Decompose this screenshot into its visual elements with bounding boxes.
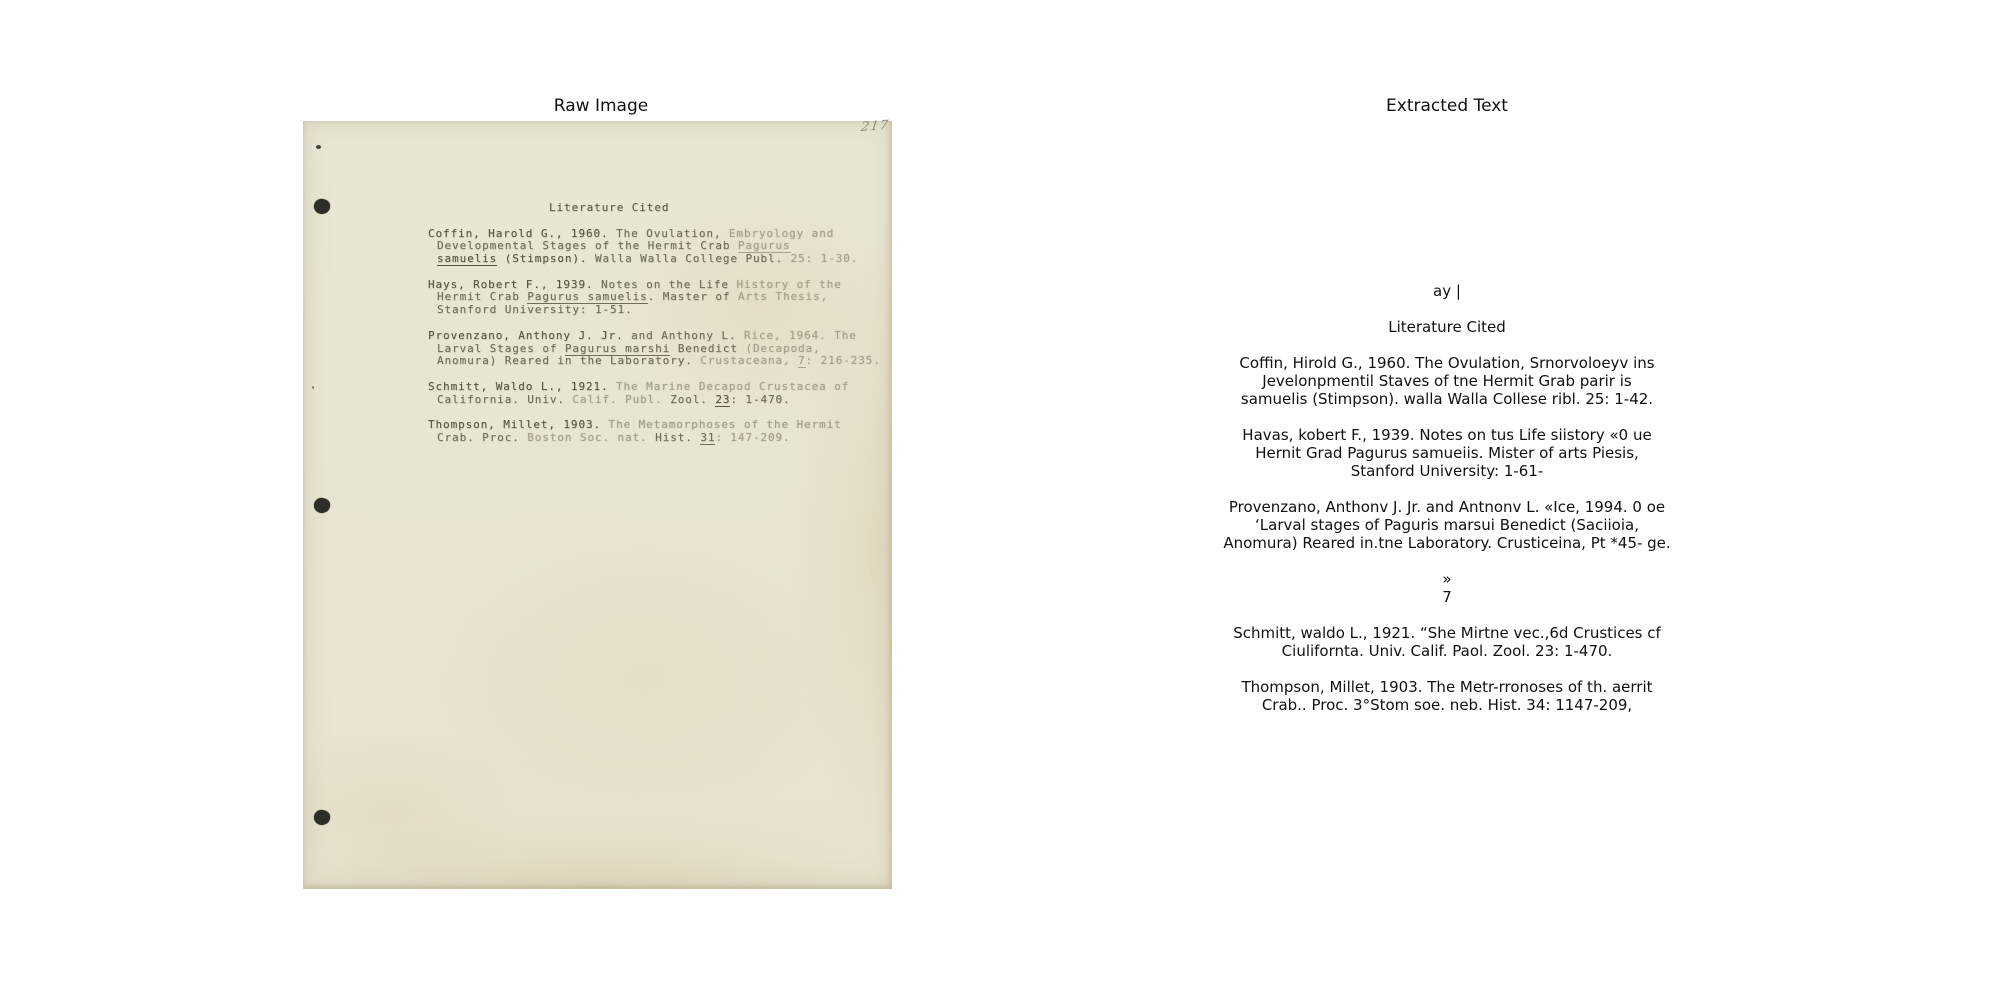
extracted-paragraph: Coffin, Hirold G., 1960. The Ovulation, … (1087, 354, 1807, 408)
typed-segment: Provenzano, Anthony J. Jr. (428, 329, 631, 342)
literature-cited-heading: Literature Cited (549, 202, 868, 215)
typed-segment: Walla Walla College (595, 252, 745, 265)
typed-segment: History of the (736, 278, 841, 291)
typed-segment: Calif. Publ. (572, 393, 670, 406)
typed-segment: Hays, Robert F., 1939. (428, 278, 601, 291)
typed-segment: and Anthony L. (631, 329, 744, 342)
typed-segment: : 1-470. (730, 393, 790, 406)
typed-segment: : 216-235. (806, 354, 881, 367)
page-number-annotation: 217 (860, 118, 890, 135)
typed-segment: Crab. Proc. (437, 431, 527, 444)
extracted-paragraph: » 7 (1087, 570, 1807, 606)
reference-list: Coffin, Harold G., 1960. The Ovulation, … (428, 228, 868, 445)
typed-segment: Benedict (670, 342, 745, 355)
typed-segment: Anomura) Reared in the Laboratory. (437, 354, 700, 367)
typed-line: California. Univ. Calif. Publ. Zool. 23:… (428, 394, 868, 407)
extracted-text-title: Extracted Text (1386, 96, 1508, 116)
typed-line: Crab. Proc. Boston Soc. nat. Hist. 31: 1… (428, 432, 868, 445)
typed-segment: Developmental Stages of the Hermit Crab (437, 239, 738, 252)
typed-segment: The Metamorphoses of the Hermit (609, 418, 842, 431)
typed-segment: Notes on the Life (601, 278, 736, 291)
typed-segment: The Marine Decapod Crustacea of (616, 380, 849, 393)
typed-segment: Thompson, Millet, 1903. (428, 418, 609, 431)
hole-punch (312, 197, 331, 215)
typed-line: Stanford University: 1-51. (428, 304, 868, 317)
typed-segment: (Decapoda, (745, 342, 820, 355)
typed-segment: 7 (798, 354, 806, 368)
hole-punch (312, 496, 331, 514)
typed-segment: Coffin, Harold G., 1960. (428, 227, 616, 240)
reference-entry: Provenzano, Anthony J. Jr. and Anthony L… (428, 330, 868, 368)
typed-segment: 31 (700, 431, 715, 445)
hole-punch (312, 808, 331, 826)
typed-segment: The Ovulation, (616, 227, 729, 240)
raw-image-title: Raw Image (554, 96, 648, 116)
typed-segment: . Master of (648, 290, 738, 303)
typed-segment: Stanford University: 1-51. (437, 303, 633, 316)
typed-segment: Hermit Crab (437, 290, 527, 303)
reference-entry: Coffin, Harold G., 1960. The Ovulation, … (428, 228, 868, 266)
extracted-text-body: ay |Literature CitedCoffin, Hirold G., 1… (1087, 282, 1807, 732)
typed-text-block: Literature Cited Coffin, Harold G., 1960… (428, 202, 868, 458)
typed-segment: Arts Thesis, (738, 290, 828, 303)
extracted-paragraph: Schmitt, waldo L., 1921. “She Mirtne vec… (1087, 624, 1807, 660)
typed-segment: samuelis (437, 252, 497, 266)
typed-segment: (Stimpson). (497, 252, 595, 265)
extracted-paragraph: Thompson, Millet, 1903. The Metr-rronose… (1087, 678, 1807, 714)
typed-segment: Zool. (670, 393, 715, 406)
typed-segment: Publ. (745, 252, 790, 265)
typed-segment: Rice, 1964. The (744, 329, 857, 342)
typed-line: samuelis (Stimpson). Walla Walla College… (428, 253, 868, 266)
ink-speck (312, 386, 314, 389)
typed-segment: : 147-209. (715, 431, 790, 444)
reference-entry: Hays, Robert F., 1939. Notes on the Life… (428, 279, 868, 317)
typed-segment: Crustaceana, (700, 354, 798, 367)
typed-segment: Schmitt, Waldo L., 1921. (428, 380, 616, 393)
extracted-paragraph: ay | (1087, 282, 1807, 300)
typed-segment: 23 (715, 393, 730, 407)
scanned-document-page: 217 Literature Cited Coffin, Harold G., … (303, 121, 892, 889)
extracted-paragraph: Havas, kobert F., 1939. Notes on tus Lif… (1087, 426, 1807, 480)
ink-speck (316, 145, 321, 149)
reference-entry: Thompson, Millet, 1903. The Metamorphose… (428, 419, 868, 444)
typed-segment: Embryology and (729, 227, 834, 240)
typed-segment: Boston Soc. nat. (527, 431, 655, 444)
extracted-paragraph: Literature Cited (1087, 318, 1807, 336)
typed-segment: 25: 1-30. (791, 252, 859, 265)
typed-segment: California. Univ. (437, 393, 572, 406)
ocr-comparison-view: Raw Image 217 Literature Cited Coffin, H… (0, 0, 2000, 1000)
typed-line: Anomura) Reared in the Laboratory. Crust… (428, 355, 868, 368)
reference-entry: Schmitt, Waldo L., 1921. The Marine Deca… (428, 381, 868, 406)
typed-segment: Larval Stages of (437, 342, 565, 355)
typed-segment: Hist. (655, 431, 700, 444)
extracted-paragraph: Provenzano, Anthonv J. Jr. and Antnonv L… (1087, 498, 1807, 552)
